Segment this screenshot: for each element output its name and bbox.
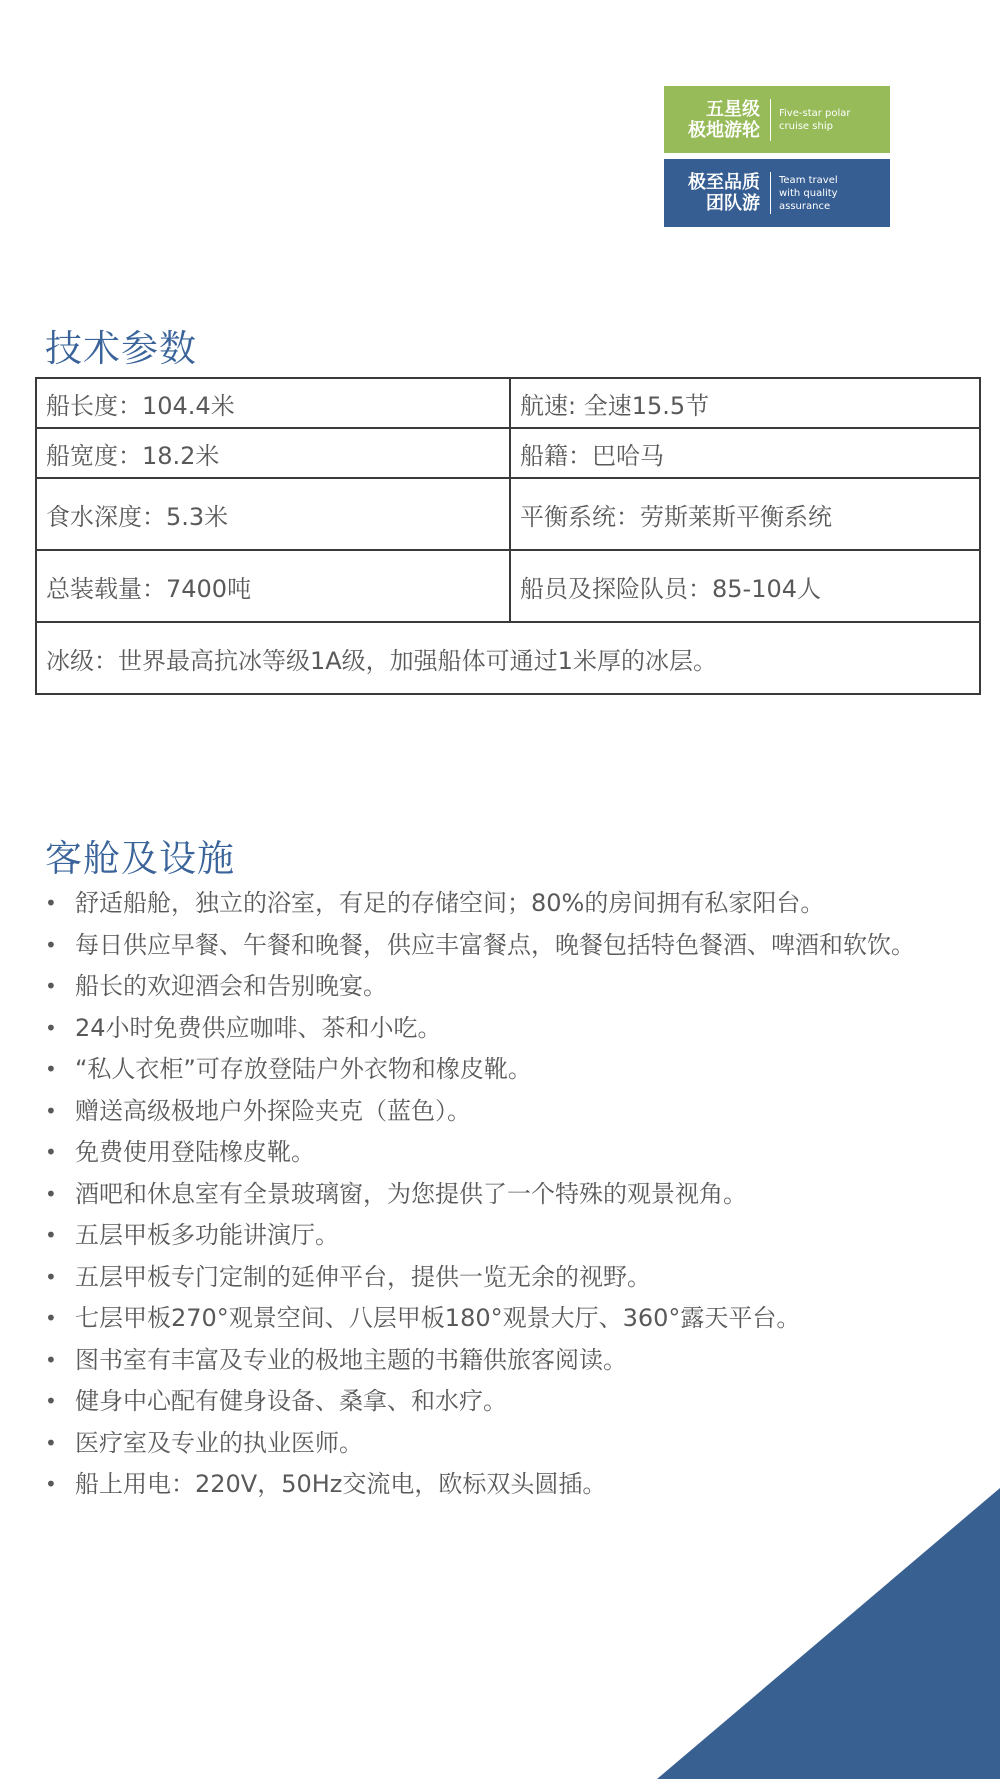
table-cell: 船籍：巴哈马 [510, 428, 980, 478]
list-item: 五层甲板多功能讲演厅。 [45, 1215, 965, 1257]
table-cell: 冰级：世界最高抗冰等级1A级，加强船体可通过1米厚的冰层。 [36, 622, 980, 694]
badge-divider [770, 172, 771, 214]
table-row: 总装载量：7400吨 船员及探险队员：85-104人 [36, 550, 980, 622]
table-cell: 平衡系统：劳斯莱斯平衡系统 [510, 478, 980, 550]
facilities-section-title: 客舱及设施 [45, 828, 235, 882]
list-item: 船长的欢迎酒会和告别晚宴。 [45, 966, 965, 1008]
list-item: 赠送高级极地户外探险夹克（蓝色）。 [45, 1091, 965, 1133]
list-item: 图书室有丰富及专业的极地主题的书籍供旅客阅读。 [45, 1340, 965, 1382]
list-item: 健身中心配有健身设备、桑拿、和水疗。 [45, 1381, 965, 1423]
list-item: 每日供应早餐、午餐和晚餐，供应丰富餐点，晚餐包括特色餐酒、啤酒和软饮。 [45, 925, 965, 967]
spec-table: 船长度：104.4米 航速: 全速15.5节 船宽度：18.2米 船籍：巴哈马 … [35, 377, 981, 695]
table-row: 船宽度：18.2米 船籍：巴哈马 [36, 428, 980, 478]
table-cell: 船员及探险队员：85-104人 [510, 550, 980, 622]
list-item: 舒适船舱，独立的浴室，有足的存储空间；80%的房间拥有私家阳台。 [45, 883, 965, 925]
table-row: 船长度：104.4米 航速: 全速15.5节 [36, 378, 980, 428]
list-item: 五层甲板专门定制的延伸平台，提供一览无余的视野。 [45, 1257, 965, 1299]
badge-zh-text: 五星级 极地游轮 [664, 99, 768, 141]
spec-section-title: 技术参数 [45, 318, 197, 372]
table-cell: 航速: 全速15.5节 [510, 378, 980, 428]
badge-en-text: Five-star polar cruise ship [779, 107, 851, 133]
table-cell: 食水深度：5.3米 [36, 478, 510, 550]
table-cell: 总装载量：7400吨 [36, 550, 510, 622]
badge-divider [770, 99, 771, 141]
badge-zh-text: 极至品质 团队游 [664, 172, 768, 214]
list-item: 医疗室及专业的执业医师。 [45, 1423, 965, 1465]
badge-en-text: Team travel with quality assurance [779, 174, 838, 213]
list-item: 七层甲板270°观景空间、八层甲板180°观景大厅、360°露天平台。 [45, 1298, 965, 1340]
table-cell: 船长度：104.4米 [36, 378, 510, 428]
quality-team-travel-badge: 极至品质 团队游 Team travel with quality assura… [664, 159, 890, 227]
table-cell: 船宽度：18.2米 [36, 428, 510, 478]
list-item: 24小时免费供应咖啡、茶和小吃。 [45, 1008, 965, 1050]
five-star-cruise-badge: 五星级 极地游轮 Five-star polar cruise ship [664, 86, 890, 153]
list-item: 船上用电：220V，50Hz交流电，欧标双头圆插。 [45, 1464, 965, 1506]
list-item: 免费使用登陆橡皮靴。 [45, 1132, 965, 1174]
table-row: 食水深度：5.3米 平衡系统：劳斯莱斯平衡系统 [36, 478, 980, 550]
list-item: 酒吧和休息室有全景玻璃窗，为您提供了一个特殊的观景视角。 [45, 1174, 965, 1216]
decorative-corner-triangle [657, 1488, 1000, 1779]
facilities-list: 舒适船舱，独立的浴室，有足的存储空间；80%的房间拥有私家阳台。 每日供应早餐、… [45, 883, 965, 1506]
list-item: “私人衣柜”可存放登陆户外衣物和橡皮靴。 [45, 1049, 965, 1091]
table-row: 冰级：世界最高抗冰等级1A级，加强船体可通过1米厚的冰层。 [36, 622, 980, 694]
